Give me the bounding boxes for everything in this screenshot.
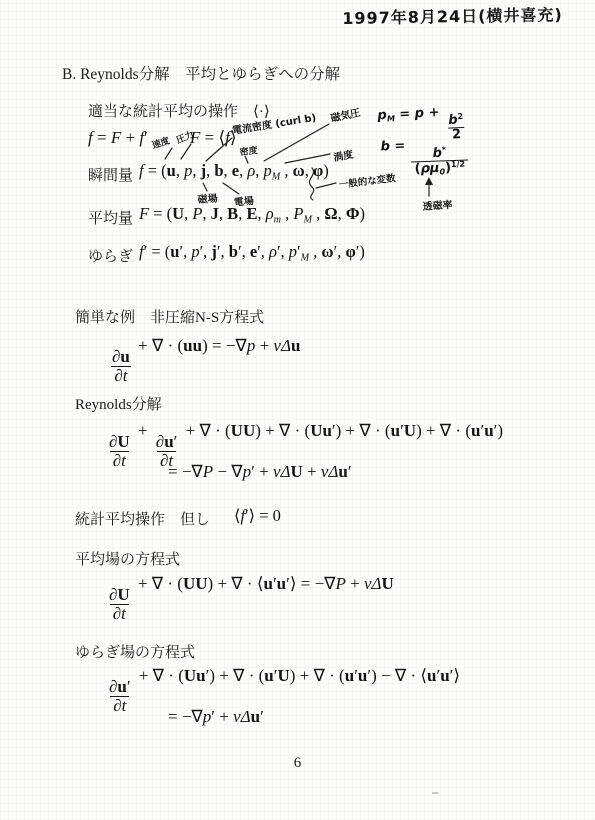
equation-fluctuation-field-line1: ∂u′∂t + ∇ · (Uu′) + ∇ · (u′U) + ∇ · (u′u… — [105, 666, 460, 715]
annotation-density: 密度 — [239, 143, 258, 158]
reynolds-decomp-heading: Reynolds分解 — [75, 393, 162, 414]
fluctuation-field-heading: ゆらぎ場の方程式 — [75, 641, 195, 662]
document-page: 1997年8月24日(横井喜充) B. Reynolds分解 平均とゆらぎへの分… — [0, 0, 595, 820]
equation-mean-definition: F = ⟨f⟩ — [190, 128, 237, 148]
label-mean: 平均量 — [88, 207, 133, 228]
annotation-velocity: 速度 — [150, 133, 171, 151]
leader-general-variables — [316, 183, 336, 188]
leader-velocity — [165, 148, 172, 159]
avg-operation-heading: 適当な統計平均の操作 ⟨·⟩ — [88, 100, 270, 121]
equation-fluctuation-field-line2: = −∇p′ + νΔu′ — [168, 707, 264, 727]
statistical-average-heading: 統計平均操作 但し — [75, 508, 210, 529]
annotation-electric-field: 電場 — [233, 192, 254, 209]
equation-mean: F = (U, P, J, B, E, ρm , PM , Ω, Φ) — [139, 204, 365, 225]
arrow-permeability-head — [425, 177, 433, 185]
annotation-permeability: 透磁率 — [422, 196, 453, 213]
label-instantaneous: 瞬間量 — [88, 164, 133, 185]
annotation-magnetic-pressure: 磁気圧 — [329, 104, 361, 125]
leader-electric-field — [223, 183, 239, 194]
equation-reynolds-line2: = −∇P − ∇p′ + νΔU + νΔu′ — [168, 462, 352, 482]
simple-example-heading: 簡単な例 非圧縮N-S方程式 — [75, 306, 264, 327]
equation-mean-field: ∂U∂t + ∇ · (UU) + ∇ · ⟨u′u′⟩ = −∇P + νΔU — [105, 574, 394, 623]
page-title: B. Reynolds分解 平均とゆらぎへの分解 — [62, 62, 340, 84]
equation-decomposition: f = F + f′ — [88, 128, 148, 148]
equation-fluctuation: f′ = (u′, p′, j′, b′, e′, ρ′, p′M , ω′, … — [139, 242, 365, 263]
annotation-vorticity: 渦度 — [332, 146, 354, 164]
handwritten-alfven-normalization-formula: b = b*(ρμ0)1/2 — [380, 136, 469, 179]
page-number: 6 — [0, 755, 595, 772]
equation-constraint: ⟨f′⟩ = 0 — [234, 506, 281, 526]
equation-instantaneous: f = (u, p, j, b, e, ρ, pM , ω, φ) — [139, 161, 329, 182]
handwritten-date: 1997年8月24日(横井喜充) — [342, 2, 563, 29]
equation-navier-stokes: ∂u∂t + ∇ · (uu) = −∇p + νΔu — [108, 336, 300, 385]
label-fluctuation: ゆらぎ — [88, 245, 133, 266]
annotation-magnetic-field: 磁場 — [197, 190, 218, 206]
mean-field-heading: 平均場の方程式 — [75, 548, 180, 569]
scan-artifact — [432, 792, 438, 794]
